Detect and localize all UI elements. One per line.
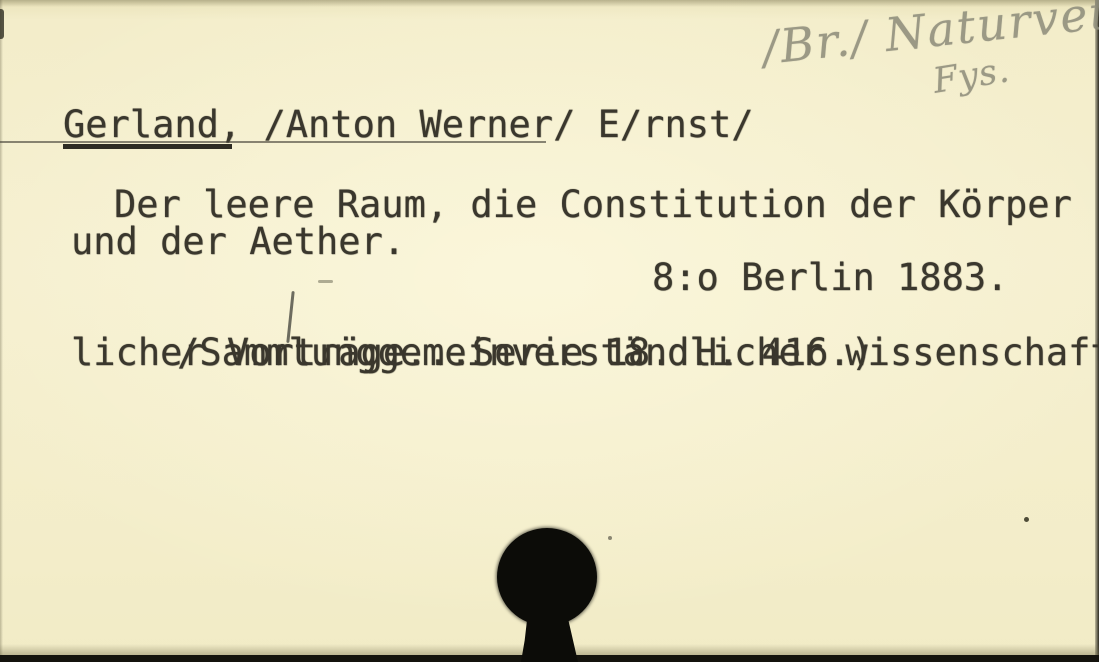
ink-speck (608, 536, 612, 540)
imprint-line: 8:o Berlin 1883. (652, 259, 1008, 296)
ink-dot (1024, 517, 1029, 522)
left-edge-shadow (0, 0, 3, 662)
pencil-dash-mark (318, 280, 333, 283)
series-line-2: licher Vorträge...Serie 18. H. 416.) (71, 334, 873, 371)
heading-underline-heavy (63, 144, 232, 149)
heading-underline-long (0, 141, 546, 143)
author-heading: Gerland, /Anton Werner/ E/rnst/ (63, 106, 754, 143)
title-line-2: und der Aether. (71, 223, 405, 260)
title-line-1: Der leere Raum, die Constitution der Kör… (114, 186, 1072, 223)
pencil-annotation-subject: Fys. (930, 50, 1012, 102)
left-edge-mark (0, 9, 4, 39)
catalog-card: /Br./ Naturvet. Fys. Gerland, /Anton Wer… (0, 0, 1099, 662)
